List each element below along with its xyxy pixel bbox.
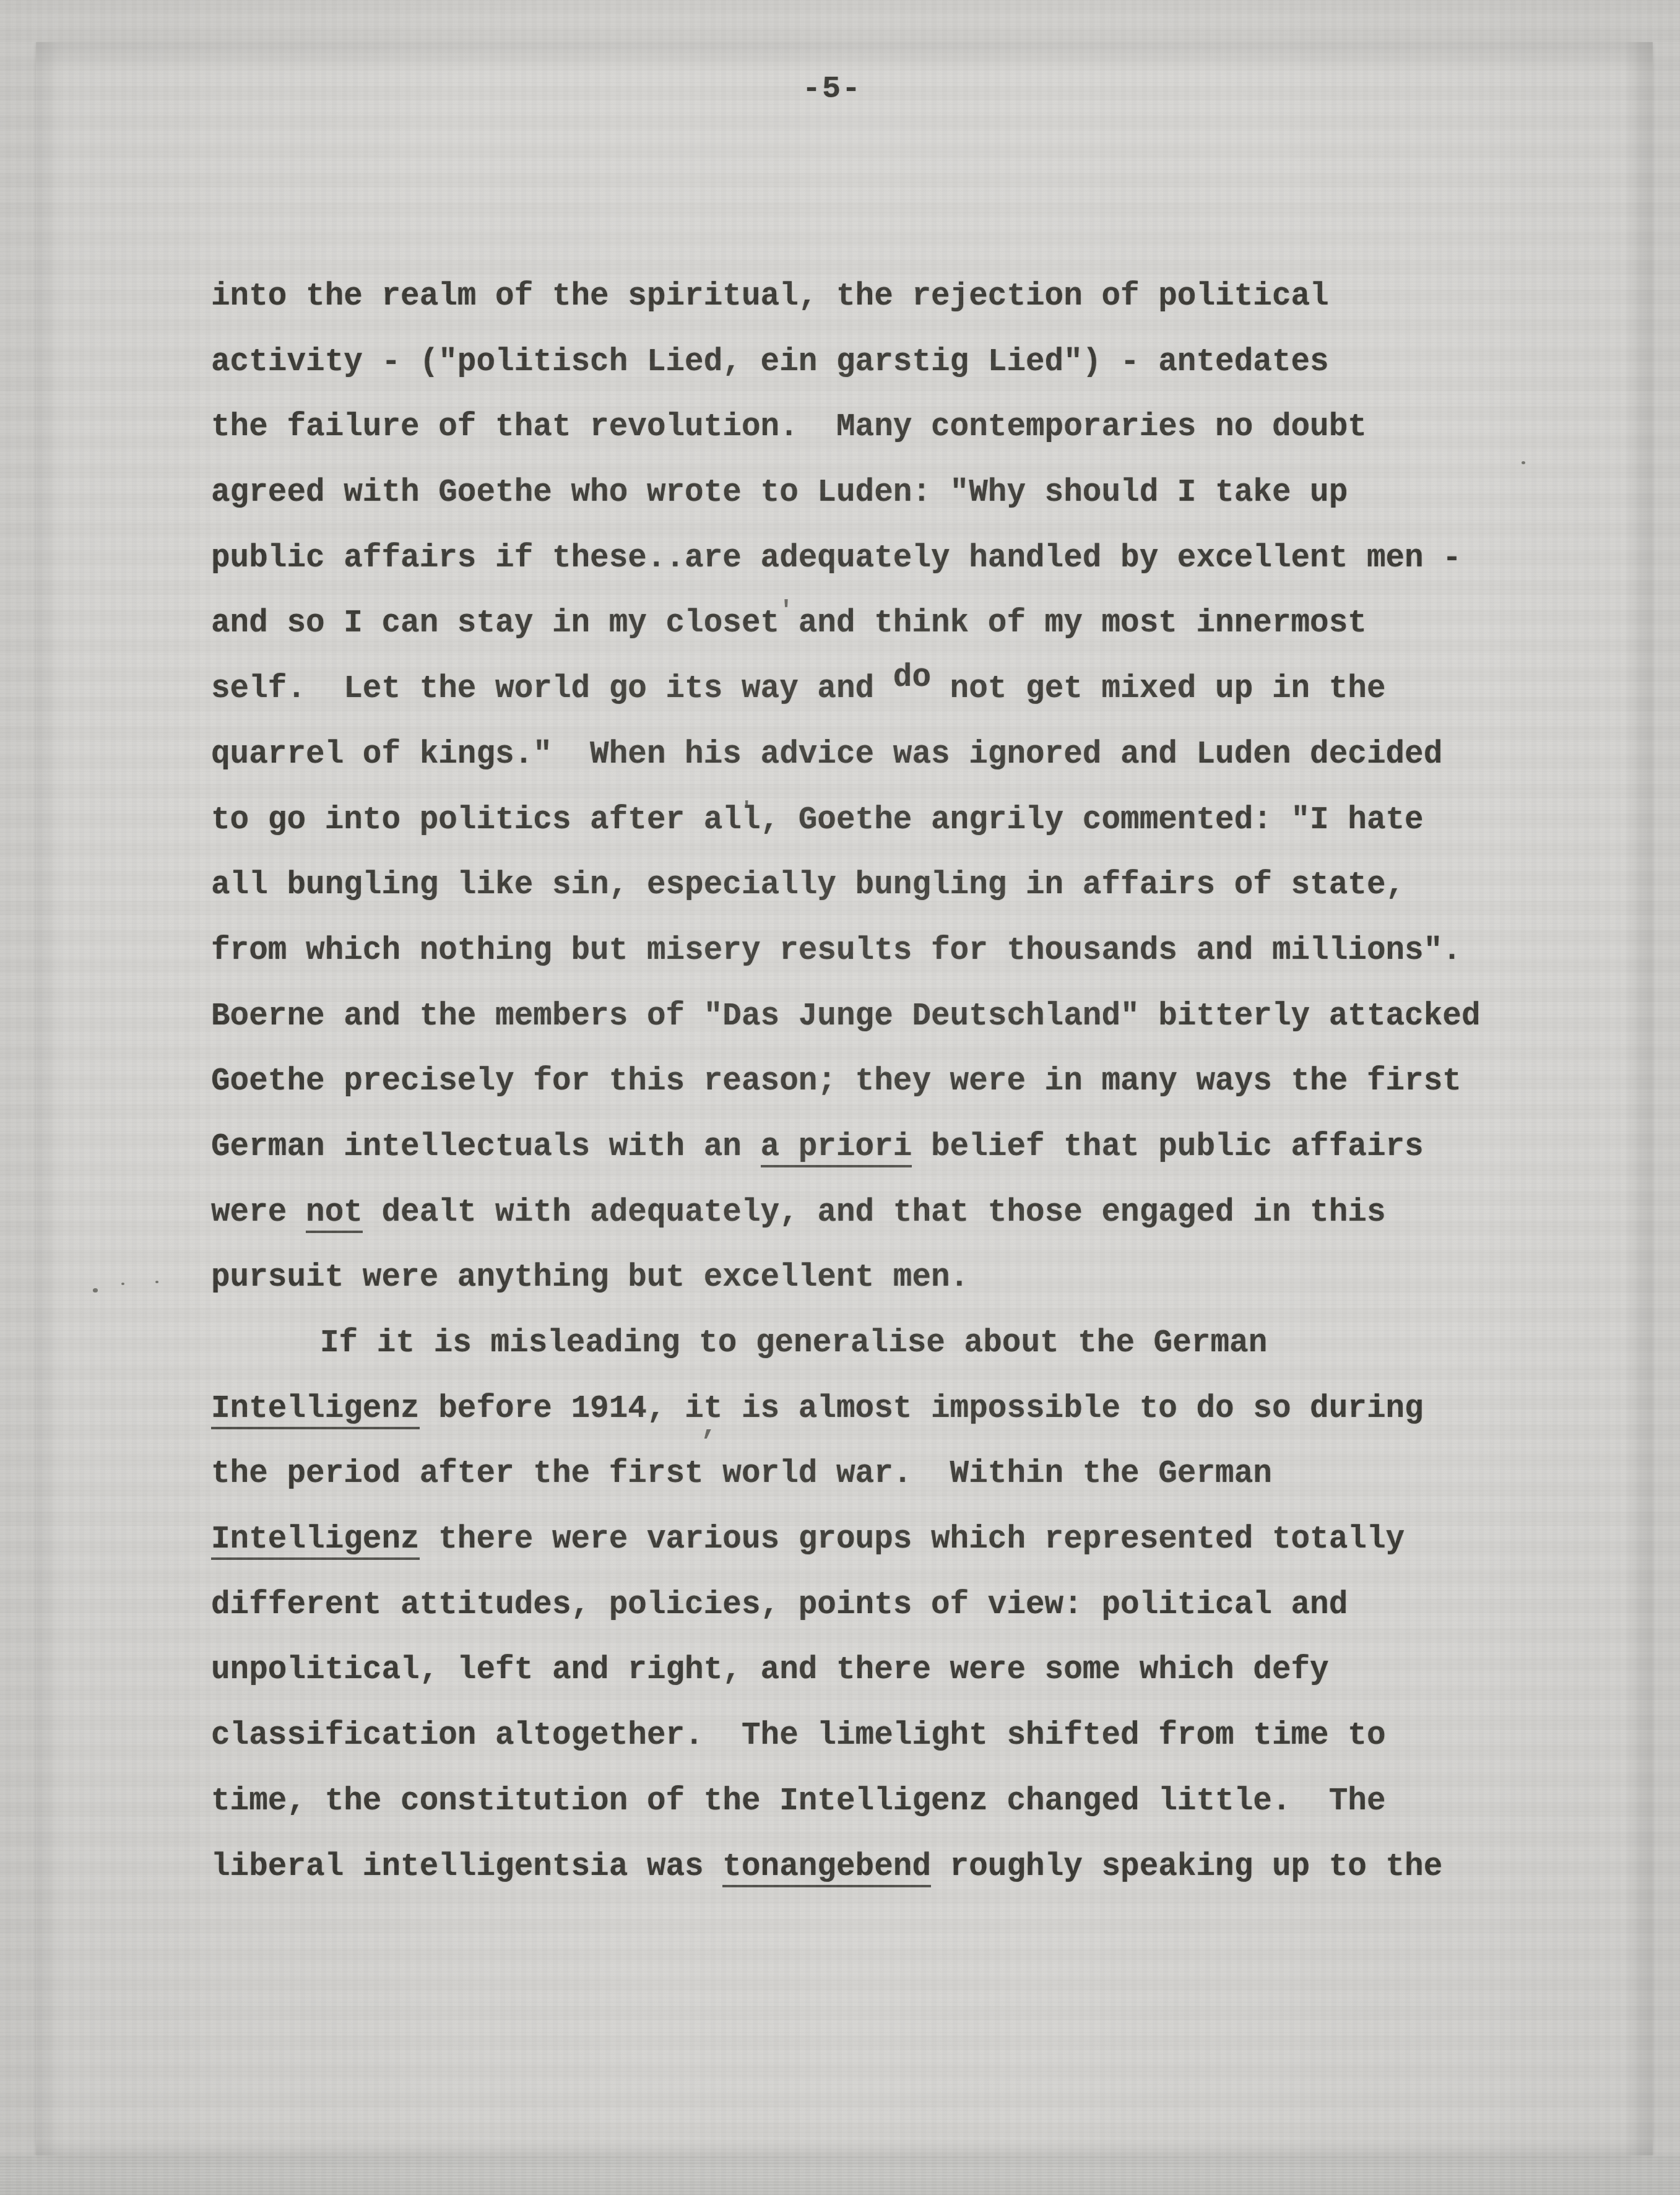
scanned-document-page: -5- into the realm of the spiritual, the… (0, 0, 1680, 2195)
stray-type-mark: ' (779, 598, 794, 626)
stray-type-mark: ' (740, 799, 753, 822)
ink-speck (155, 1281, 158, 1283)
ink-speck (1522, 461, 1525, 464)
artifact-layer: ,'' (0, 0, 1680, 2195)
ink-speck (121, 1283, 124, 1285)
stray-type-mark: , (701, 1410, 718, 1442)
ink-speck (93, 1288, 98, 1292)
